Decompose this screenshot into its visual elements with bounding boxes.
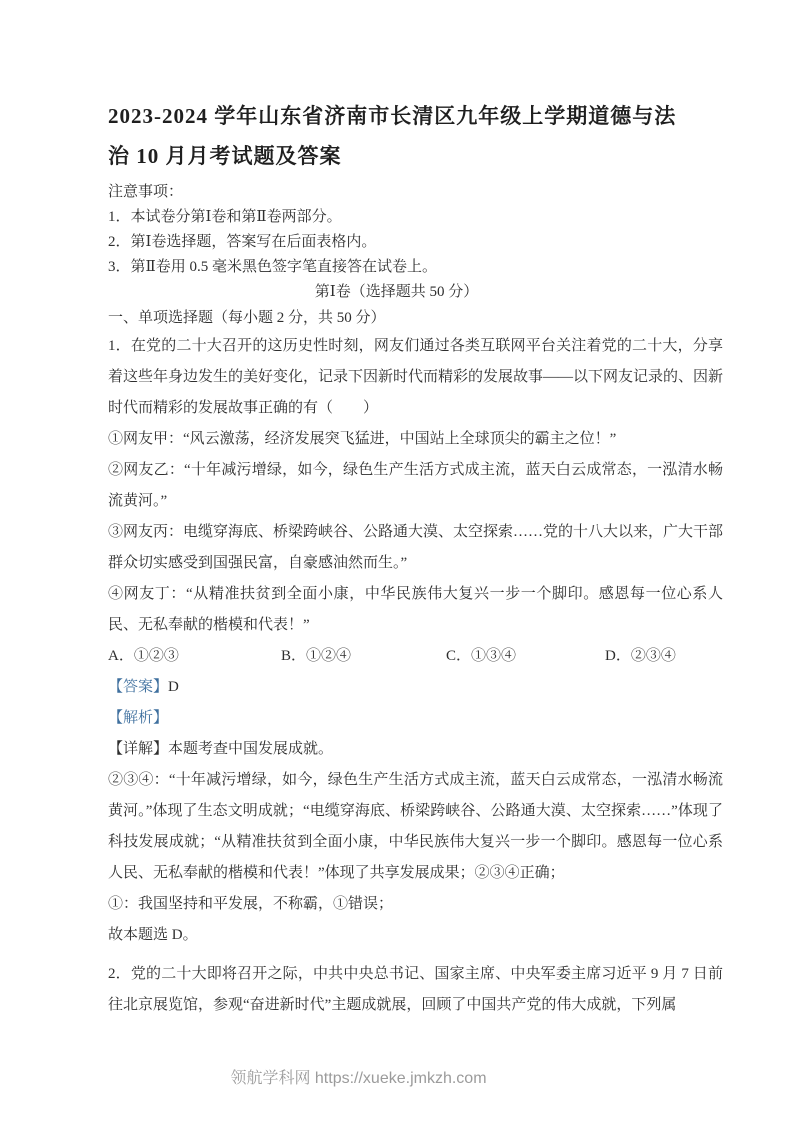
page-content: 2023-2024 学年山东省济南市长清区九年级上学期道德与法 治 10 月月考…	[0, 96, 793, 1090]
option-c: C．①③④	[446, 641, 605, 672]
notice-item-3: 3．第Ⅱ卷用 0.5 毫米黑色签字笔直接答在试卷上。	[108, 255, 723, 280]
part-heading: 一、单项选择题（每小题 2 分，共 50 分）	[108, 305, 723, 331]
answer-label: 【答案】	[108, 679, 168, 695]
question-2-stem: 2．党的二十大即将召开之际，中共中央总书记、国家主席、中央军委主席习近平 9 月…	[108, 959, 723, 1021]
option-d: D．②③④	[605, 641, 723, 672]
question-1-stem: 1．在党的二十大召开的这历史性时刻，网友们通过各类互联网平台关注着党的二十大，分…	[108, 331, 723, 424]
detail-text: 本题考查中国发展成就。	[168, 741, 333, 757]
notice-section: 注意事项： 1．本试卷分第Ⅰ卷和第Ⅱ卷两部分。 2．第Ⅰ卷选择题，答案写在后面表…	[108, 180, 723, 280]
page-title-line-1: 2023-2024 学年山东省济南市长清区九年级上学期道德与法	[108, 96, 723, 136]
answer-value: D	[168, 679, 179, 695]
analysis-label: 【解析】	[108, 710, 168, 726]
watermark-footer: 领航学科网 https://xueke.jmkzh.com	[0, 1068, 755, 1090]
question-1-point: ①：我国坚持和平发展，不称霸，①错误；	[108, 889, 723, 920]
page-title-line-2: 治 10 月月考试题及答案	[108, 136, 723, 176]
answer-line: 【答案】D	[108, 672, 723, 703]
section-heading: 第Ⅰ卷（选择题共 50 分）	[0, 280, 793, 305]
question-1-statement-3: ③网友丙：电缆穿海底、桥梁跨峡谷、公路通大漠、太空探索……党的十八大以来，广大干…	[108, 517, 723, 579]
detail-line: 【详解】本题考查中国发展成就。	[108, 734, 723, 765]
question-1-statement-4: ④网友丁：“从精准扶贫到全面小康，中华民族伟大复兴一步一个脚印。感恩每一位心系人…	[108, 579, 723, 641]
option-a: A．①②③	[108, 641, 281, 672]
question-1-statement-2: ②网友乙：“十年减污增绿，如今，绿色生产生活方式成主流，蓝天白云成常态，一泓清水…	[108, 455, 723, 517]
question-1-explanation: ②③④：“十年减污增绿，如今，绿色生产生活方式成主流，蓝天白云成常态，一泓清水畅…	[108, 765, 723, 889]
watermark-text: 领航学科网 https://xueke.jmkzh.com	[230, 1070, 486, 1087]
question-1-statement-1: ①网友甲：“风云激荡，经济发展突飞猛进，中国站上全球顶尖的霸主之位！”	[108, 424, 723, 455]
question-1-conclusion: 故本题选 D。	[108, 920, 723, 951]
notice-item-1: 1．本试卷分第Ⅰ卷和第Ⅱ卷两部分。	[108, 205, 723, 230]
exam-page: 2023-2024 学年山东省济南市长清区九年级上学期道德与法 治 10 月月考…	[0, 0, 793, 1122]
notice-item-2: 2．第Ⅰ卷选择题，答案写在后面表格内。	[108, 230, 723, 255]
question-area: 1．在党的二十大召开的这历史性时刻，网友们通过各类互联网平台关注着党的二十大，分…	[108, 331, 723, 1021]
option-b: B．①②④	[281, 641, 446, 672]
page-title: 2023-2024 学年山东省济南市长清区九年级上学期道德与法 治 10 月月考…	[108, 96, 723, 176]
detail-label: 【详解】	[108, 741, 168, 757]
question-1-options: A．①②③ B．①②④ C．①③④ D．②③④	[108, 641, 723, 672]
analysis-line: 【解析】	[108, 703, 723, 734]
notice-heading: 注意事项：	[108, 180, 723, 205]
